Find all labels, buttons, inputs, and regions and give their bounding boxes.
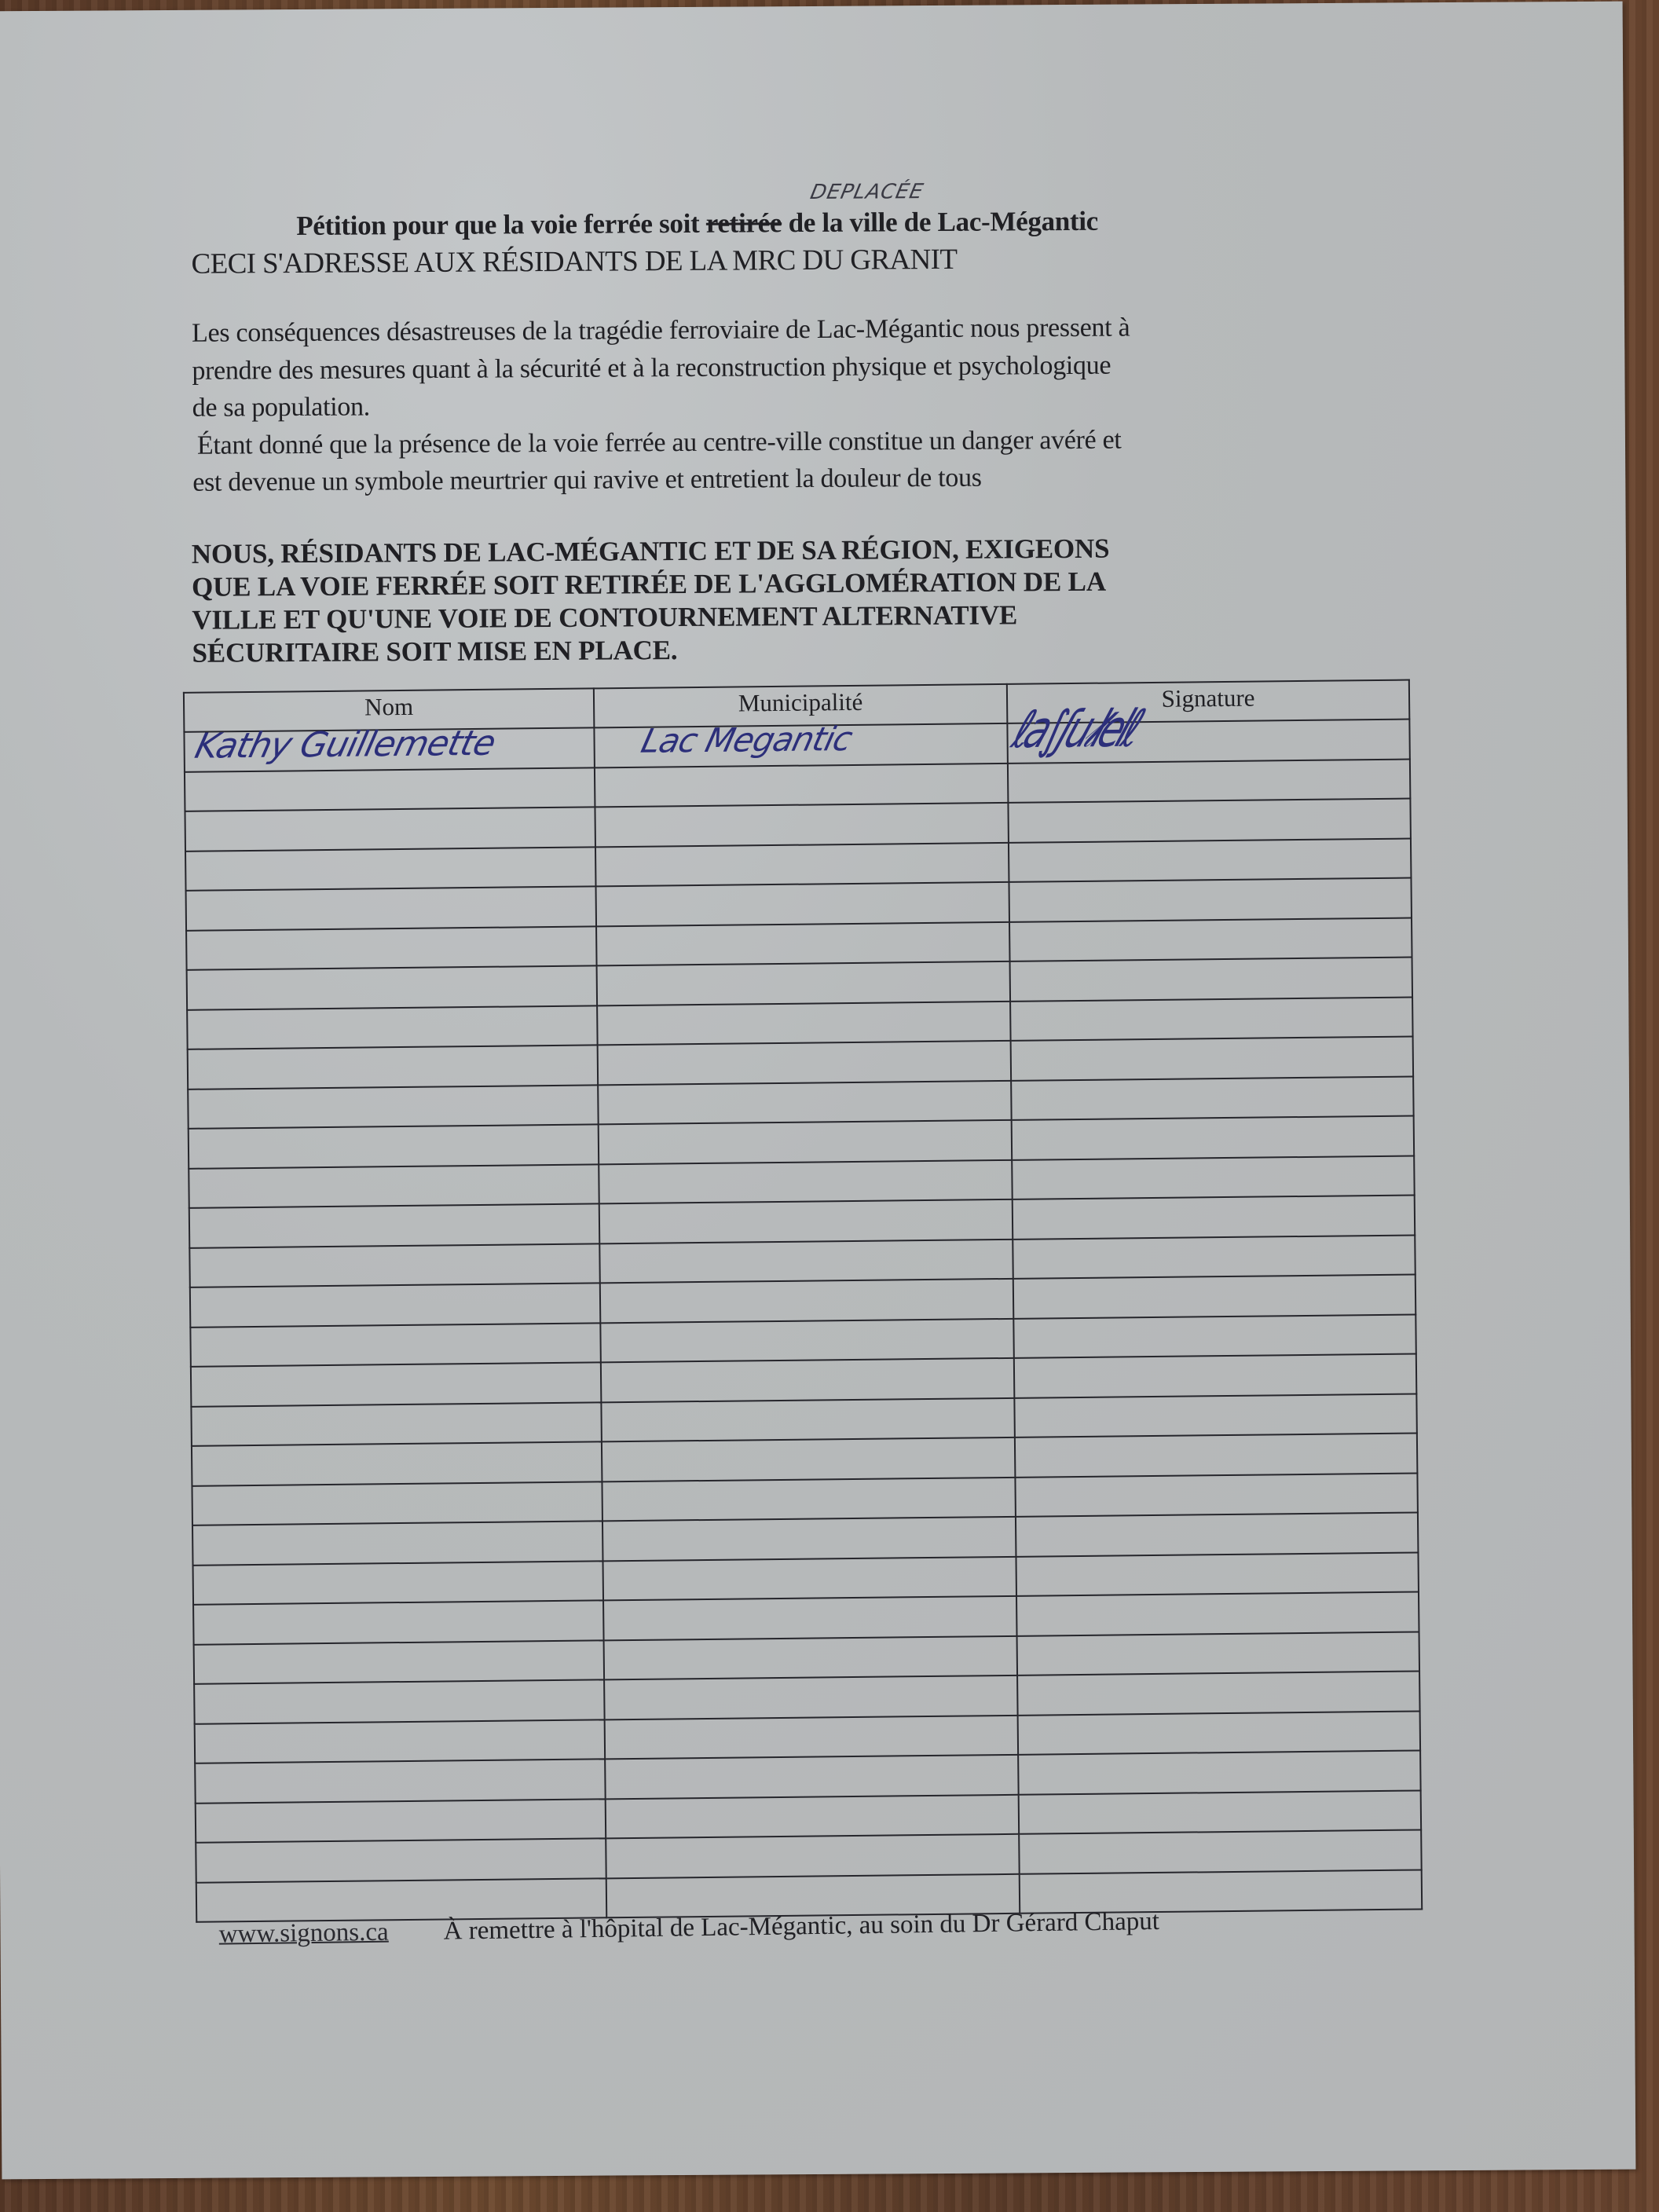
signature-cell[interactable] (1009, 917, 1412, 961)
municipality-cell[interactable] (602, 1437, 1016, 1481)
signature-cell[interactable] (1015, 1473, 1418, 1517)
municipality-cell[interactable] (598, 1041, 1012, 1085)
name-cell[interactable] (192, 1441, 602, 1485)
signature-cell[interactable] (1019, 1829, 1422, 1873)
name-cell[interactable] (189, 1124, 599, 1168)
audience-line: CECI S'ADRESSE AUX RÉSIDANTS DE LA MRC D… (191, 243, 957, 281)
municipality-cell[interactable] (597, 961, 1011, 1005)
petition-title: Pétition pour que la voie ferrée soit re… (296, 204, 1317, 242)
municipality-cell[interactable] (604, 1635, 1018, 1679)
municipality-cell[interactable] (602, 1517, 1016, 1561)
name-cell[interactable] (186, 926, 597, 970)
name-cell[interactable] (185, 847, 596, 891)
name-cell[interactable] (191, 1362, 602, 1406)
footer: www.signons.caÀ remettre à l'hôpital de … (218, 1913, 1444, 1950)
signature-cell[interactable] (1013, 1274, 1416, 1318)
name-cell[interactable] (195, 1759, 606, 1803)
name-cell[interactable] (188, 1085, 599, 1129)
demand-statement: NOUS, RÉSIDANTS DE LAC-MÉGANTIC ET DE SA… (192, 531, 1386, 670)
signature-cell[interactable] (1009, 838, 1412, 882)
municipality-cell[interactable] (599, 1239, 1013, 1283)
name-cell[interactable] (195, 1719, 606, 1763)
signature-cell[interactable] (1016, 1512, 1419, 1556)
signature-cell[interactable] (1016, 1591, 1419, 1635)
signature-cell[interactable]: ℓa∫ʃu𝓁lelℓ (1007, 720, 1410, 764)
name-cell[interactable] (193, 1561, 604, 1605)
name-cell[interactable] (189, 1243, 600, 1287)
signature-cell[interactable] (1017, 1632, 1420, 1675)
signature-cell[interactable] (1012, 1116, 1415, 1160)
municipality-cell[interactable] (595, 842, 1009, 886)
signature-cell[interactable] (1009, 878, 1412, 922)
municipality-cell[interactable] (599, 1199, 1013, 1243)
title-prefix: Pétition pour que la voie ferrée soit (296, 208, 706, 241)
handwritten-municipalite: Lac Megantic (638, 720, 856, 760)
handwritten-signature: ℓa∫ʃu𝓁lelℓ (1004, 699, 1148, 761)
municipality-cell[interactable] (603, 1596, 1016, 1640)
signature-table: Nom Municipalité Signature Kathy Guillem… (183, 679, 1423, 1923)
municipality-cell[interactable] (597, 1001, 1011, 1045)
municipality-cell[interactable] (596, 882, 1010, 926)
signature-cell[interactable] (1014, 1393, 1417, 1437)
signature-cell[interactable] (1008, 799, 1411, 843)
petition-sheet: DEPLACÉE Pétition pour que la voie ferré… (0, 2, 1635, 2180)
municipality-cell[interactable] (602, 1477, 1015, 1521)
signature-cell[interactable] (1019, 1790, 1422, 1834)
signature-cell[interactable] (1011, 1076, 1414, 1120)
name-cell[interactable] (185, 807, 595, 851)
municipality-cell[interactable] (605, 1755, 1018, 1799)
demand-line: SÉCURITAIRE SOIT MISE EN PLACE. (192, 630, 1386, 670)
signature-cell[interactable] (1010, 958, 1413, 1002)
preamble-line: est devenue un symbole meurtrier qui rav… (192, 456, 1449, 501)
municipality-cell[interactable] (604, 1675, 1018, 1719)
signature-cell[interactable] (1018, 1750, 1421, 1794)
municipality-cell[interactable] (601, 1358, 1015, 1402)
title-struck-word: retirée (706, 207, 782, 239)
name-cell[interactable] (190, 1283, 601, 1327)
municipality-cell[interactable] (602, 1556, 1016, 1600)
name-cell[interactable] (192, 1521, 603, 1565)
municipality-cell[interactable] (600, 1318, 1013, 1362)
municipality-cell[interactable] (598, 1080, 1012, 1124)
name-cell[interactable] (188, 1045, 599, 1089)
municipality-cell[interactable] (599, 1159, 1013, 1203)
signature-cell[interactable] (1012, 1155, 1415, 1199)
municipality-cell[interactable] (596, 921, 1010, 965)
handwritten-correction: DEPLACÉE (808, 180, 926, 204)
name-cell[interactable] (186, 886, 597, 930)
name-cell[interactable] (189, 1164, 599, 1208)
signature-rows: Kathy GuillemetteLac Meganticℓa∫ʃu𝓁lelℓ (184, 720, 1422, 1922)
name-cell[interactable] (196, 1799, 606, 1843)
signature-cell[interactable] (1013, 1196, 1415, 1240)
signature-cell[interactable] (1013, 1235, 1415, 1279)
municipality-cell[interactable] (600, 1279, 1013, 1323)
preamble-paragraph: Les conséquences désastreuses de la trag… (192, 307, 1449, 501)
name-cell[interactable] (194, 1640, 605, 1684)
municipality-cell[interactable]: Lac Megantic (594, 723, 1007, 767)
signature-cell[interactable] (1010, 997, 1413, 1041)
name-cell[interactable] (193, 1600, 604, 1644)
signature-cell[interactable] (1016, 1552, 1419, 1596)
municipality-cell[interactable] (595, 763, 1008, 807)
signature-cell[interactable] (1017, 1671, 1420, 1715)
signature-cell[interactable] (1018, 1711, 1421, 1755)
signature-cell[interactable] (1013, 1314, 1416, 1358)
signature-cell[interactable] (1008, 759, 1411, 803)
municipality-cell[interactable] (605, 1715, 1018, 1759)
name-cell[interactable] (187, 965, 598, 1009)
name-cell[interactable] (189, 1203, 600, 1247)
handwritten-nom: Kathy Guillemette (192, 723, 500, 767)
name-cell[interactable]: Kathy Guillemette (184, 727, 595, 771)
name-cell[interactable] (194, 1679, 605, 1723)
signature-table-container: Nom Municipalité Signature Kathy Guillem… (183, 679, 1421, 1923)
municipality-cell[interactable] (606, 1794, 1019, 1838)
signature-cell[interactable] (1014, 1353, 1417, 1397)
signature-cell[interactable] (1015, 1433, 1418, 1477)
name-cell[interactable] (191, 1402, 602, 1446)
name-cell[interactable] (192, 1481, 602, 1525)
website-link[interactable]: www.signons.ca (218, 1918, 388, 1949)
signature-cell[interactable] (1011, 1037, 1414, 1081)
municipality-cell[interactable] (599, 1120, 1013, 1164)
municipality-cell[interactable] (595, 803, 1008, 847)
municipality-cell[interactable] (601, 1397, 1015, 1441)
name-cell[interactable] (190, 1323, 601, 1367)
name-cell[interactable] (185, 767, 595, 811)
name-cell[interactable] (196, 1838, 606, 1882)
title-suffix: de la ville de Lac-Mégantic (782, 206, 1098, 238)
name-cell[interactable] (187, 1005, 598, 1049)
municipality-cell[interactable] (606, 1834, 1020, 1878)
